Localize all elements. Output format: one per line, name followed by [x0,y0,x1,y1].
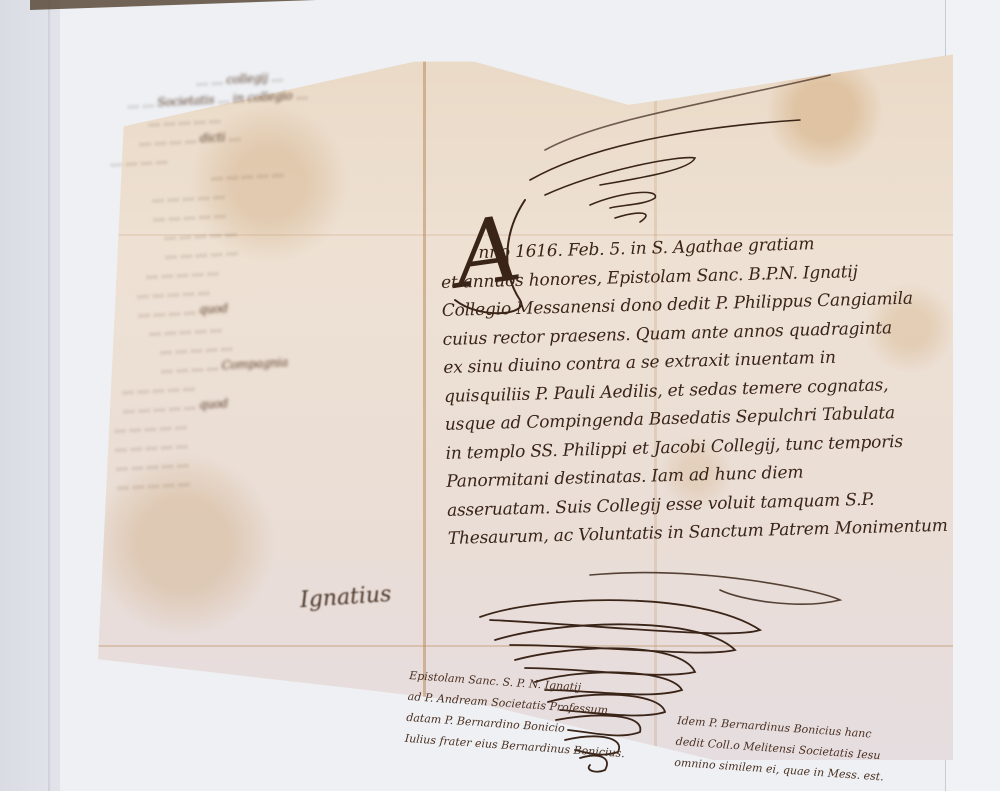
main-text-block: nno 1616. Feb. 5. in S. Agathae gratiam … [440,226,968,553]
wall-fold [48,0,52,791]
left-page-text: … … collegij … … … Societatis … in colle… [86,63,415,638]
fold-crease-horizontal [98,645,953,647]
fold-crease-vertical [423,40,426,760]
note-lower-left: Epistolam Sanc. S. P. N. Ignatij ad P. A… [404,665,599,762]
